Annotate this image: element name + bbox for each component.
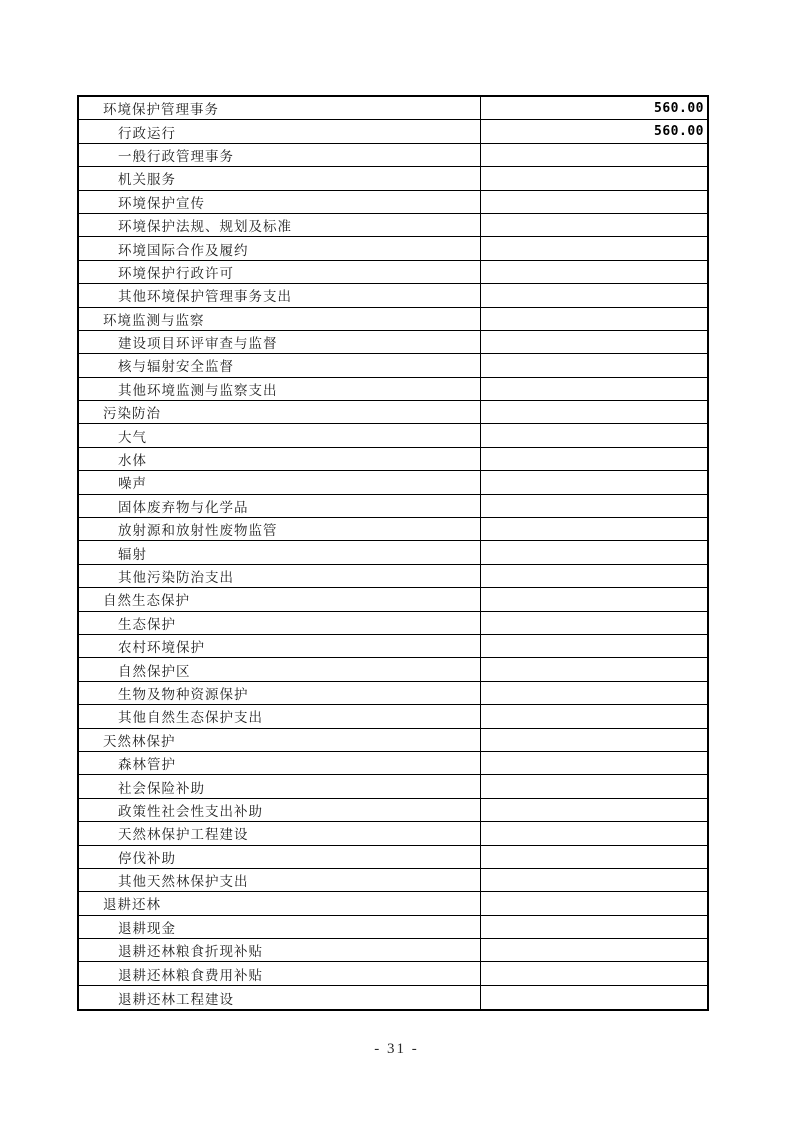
table-row: 自然生态保护 bbox=[79, 588, 707, 611]
amount-cell bbox=[480, 167, 707, 189]
table-row: 环境保护宣传 bbox=[79, 191, 707, 214]
category-cell: 社会保险补助 bbox=[79, 775, 480, 797]
table-row: 其他环境监测与监察支出 bbox=[79, 378, 707, 401]
amount-cell bbox=[480, 682, 707, 704]
table-row: 其他污染防治支出 bbox=[79, 565, 707, 588]
category-cell: 环境保护宣传 bbox=[79, 191, 480, 213]
amount-cell: 560.00 bbox=[480, 97, 707, 119]
category-cell: 退耕还林粮食费用补贴 bbox=[79, 962, 480, 984]
table-row: 建设项目环评审查与监督 bbox=[79, 331, 707, 354]
category-cell: 核与辐射安全监督 bbox=[79, 354, 480, 376]
category-cell: 机关服务 bbox=[79, 167, 480, 189]
budget-table: 环境保护管理事务 560.00 行政运行 560.00 一般行政管理事务 机关服… bbox=[77, 95, 709, 1011]
amount-cell bbox=[480, 635, 707, 657]
amount-cell bbox=[480, 144, 707, 166]
amount-cell bbox=[480, 869, 707, 891]
table-row: 环境保护法规、规划及标准 bbox=[79, 214, 707, 237]
amount-cell bbox=[480, 284, 707, 306]
amount-cell bbox=[480, 237, 707, 259]
table-row: 退耕现金 bbox=[79, 916, 707, 939]
category-cell: 政策性社会性支出补助 bbox=[79, 799, 480, 821]
category-cell: 噪声 bbox=[79, 471, 480, 493]
amount-cell bbox=[480, 799, 707, 821]
category-cell: 其他环境监测与监察支出 bbox=[79, 378, 480, 400]
amount-cell bbox=[480, 378, 707, 400]
table-row: 大气 bbox=[79, 424, 707, 447]
amount-cell bbox=[480, 424, 707, 446]
category-cell: 环境监测与监察 bbox=[79, 308, 480, 330]
amount-cell bbox=[480, 308, 707, 330]
table-row: 退耕还林工程建设 bbox=[79, 986, 707, 1009]
amount-cell bbox=[480, 962, 707, 984]
table-row: 环境保护行政许可 bbox=[79, 261, 707, 284]
table-row: 退耕还林 bbox=[79, 892, 707, 915]
category-cell: 辐射 bbox=[79, 541, 480, 563]
category-cell: 水体 bbox=[79, 448, 480, 470]
amount-cell bbox=[480, 354, 707, 376]
amount-cell bbox=[480, 471, 707, 493]
category-cell: 放射源和放射性废物监管 bbox=[79, 518, 480, 540]
table-row: 其他天然林保护支出 bbox=[79, 869, 707, 892]
table-row: 天然林保护 bbox=[79, 729, 707, 752]
table-row: 污染防治 bbox=[79, 401, 707, 424]
amount-cell bbox=[480, 261, 707, 283]
category-cell: 农村环境保护 bbox=[79, 635, 480, 657]
amount-cell bbox=[480, 892, 707, 914]
category-cell: 固体废弃物与化学品 bbox=[79, 495, 480, 517]
amount-cell bbox=[480, 541, 707, 563]
category-cell: 退耕还林工程建设 bbox=[79, 986, 480, 1009]
amount-cell bbox=[480, 752, 707, 774]
amount-cell bbox=[480, 214, 707, 236]
table-row: 机关服务 bbox=[79, 167, 707, 190]
category-cell: 污染防治 bbox=[79, 401, 480, 423]
category-cell: 森林管护 bbox=[79, 752, 480, 774]
amount-cell bbox=[480, 846, 707, 868]
table-row: 天然林保护工程建设 bbox=[79, 822, 707, 845]
category-cell: 自然保护区 bbox=[79, 658, 480, 680]
table-row: 生物及物种资源保护 bbox=[79, 682, 707, 705]
table-row: 其他环境保护管理事务支出 bbox=[79, 284, 707, 307]
table-row: 政策性社会性支出补助 bbox=[79, 799, 707, 822]
table-row: 农村环境保护 bbox=[79, 635, 707, 658]
category-cell: 生物及物种资源保护 bbox=[79, 682, 480, 704]
table-row: 退耕还林粮食折现补贴 bbox=[79, 939, 707, 962]
table-row: 社会保险补助 bbox=[79, 775, 707, 798]
amount-cell bbox=[480, 565, 707, 587]
table-row: 一般行政管理事务 bbox=[79, 144, 707, 167]
amount-cell bbox=[480, 822, 707, 844]
table-row: 环境国际合作及履约 bbox=[79, 237, 707, 260]
category-cell: 其他天然林保护支出 bbox=[79, 869, 480, 891]
table-row: 停伐补助 bbox=[79, 846, 707, 869]
category-cell: 其他环境保护管理事务支出 bbox=[79, 284, 480, 306]
category-cell: 退耕还林粮食折现补贴 bbox=[79, 939, 480, 961]
page-number: - 31 - bbox=[0, 1041, 793, 1058]
category-cell: 环境保护法规、规划及标准 bbox=[79, 214, 480, 236]
category-cell: 退耕现金 bbox=[79, 916, 480, 938]
amount-cell bbox=[480, 986, 707, 1009]
amount-cell bbox=[480, 612, 707, 634]
category-cell: 环境保护管理事务 bbox=[79, 97, 480, 119]
category-cell: 一般行政管理事务 bbox=[79, 144, 480, 166]
category-cell: 其他自然生态保护支出 bbox=[79, 705, 480, 727]
category-cell: 大气 bbox=[79, 424, 480, 446]
table-row: 环境监测与监察 bbox=[79, 308, 707, 331]
category-cell: 行政运行 bbox=[79, 120, 480, 142]
table-row: 核与辐射安全监督 bbox=[79, 354, 707, 377]
table-row: 辐射 bbox=[79, 541, 707, 564]
amount-cell bbox=[480, 658, 707, 680]
amount-cell bbox=[480, 729, 707, 751]
amount-cell bbox=[480, 588, 707, 610]
category-cell: 环境保护行政许可 bbox=[79, 261, 480, 283]
category-cell: 天然林保护工程建设 bbox=[79, 822, 480, 844]
amount-cell bbox=[480, 331, 707, 353]
category-cell: 生态保护 bbox=[79, 612, 480, 634]
amount-cell bbox=[480, 518, 707, 540]
amount-cell bbox=[480, 401, 707, 423]
table-row: 自然保护区 bbox=[79, 658, 707, 681]
category-cell: 退耕还林 bbox=[79, 892, 480, 914]
category-cell: 建设项目环评审查与监督 bbox=[79, 331, 480, 353]
table-row: 森林管护 bbox=[79, 752, 707, 775]
category-cell: 停伐补助 bbox=[79, 846, 480, 868]
amount-cell: 560.00 bbox=[480, 120, 707, 142]
category-cell: 天然林保护 bbox=[79, 729, 480, 751]
category-cell: 自然生态保护 bbox=[79, 588, 480, 610]
table-row: 行政运行 560.00 bbox=[79, 120, 707, 143]
document-page: 环境保护管理事务 560.00 行政运行 560.00 一般行政管理事务 机关服… bbox=[0, 0, 793, 1122]
amount-cell bbox=[480, 495, 707, 517]
table-row: 退耕还林粮食费用补贴 bbox=[79, 962, 707, 985]
amount-cell bbox=[480, 916, 707, 938]
table-row: 放射源和放射性废物监管 bbox=[79, 518, 707, 541]
amount-cell bbox=[480, 191, 707, 213]
amount-cell bbox=[480, 939, 707, 961]
table-row: 其他自然生态保护支出 bbox=[79, 705, 707, 728]
amount-cell bbox=[480, 705, 707, 727]
amount-cell bbox=[480, 775, 707, 797]
amount-cell bbox=[480, 448, 707, 470]
table-row: 生态保护 bbox=[79, 612, 707, 635]
table-row: 噪声 bbox=[79, 471, 707, 494]
category-cell: 环境国际合作及履约 bbox=[79, 237, 480, 259]
table-row: 固体废弃物与化学品 bbox=[79, 495, 707, 518]
table-row: 水体 bbox=[79, 448, 707, 471]
table-row: 环境保护管理事务 560.00 bbox=[79, 97, 707, 120]
category-cell: 其他污染防治支出 bbox=[79, 565, 480, 587]
